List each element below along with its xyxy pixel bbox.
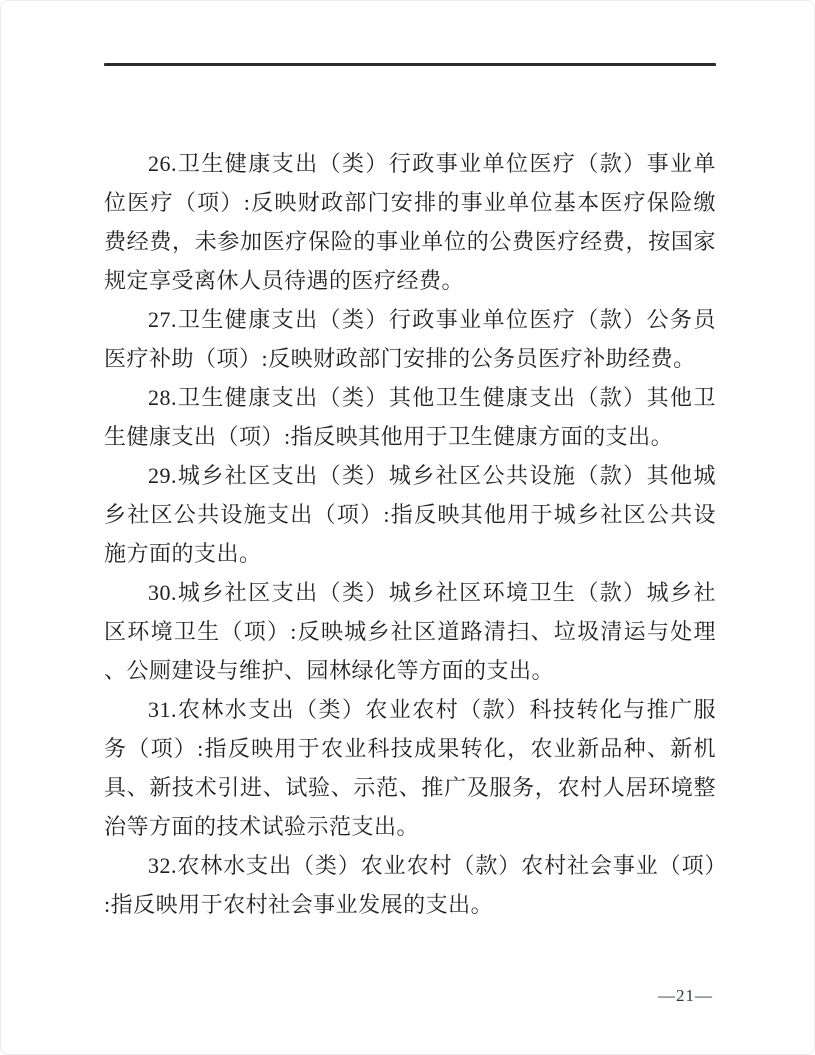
- paragraph-item-32: 32.农林水支出（类）农业农村（款）农村社会事业（项）:指反映用于农村社会事业发…: [104, 846, 716, 924]
- paragraph-item-30: 30.城乡社区支出（类）城乡社区环境卫生（款）城乡社区环境卫生（项）:反映城乡社…: [104, 573, 716, 690]
- document-body: 26.卫生健康支出（类）行政事业单位医疗（款）事业单位医疗（项）:反映财政部门安…: [104, 144, 716, 924]
- header-rule: [104, 63, 716, 66]
- paragraph-item-29: 29.城乡社区支出（类）城乡社区公共设施（款）其他城乡社区公共设施支出（项）:指…: [104, 456, 716, 573]
- page-number: —21—: [101, 986, 713, 1006]
- document-page: 26.卫生健康支出（类）行政事业单位医疗（款）事业单位医疗（项）:反映财政部门安…: [0, 0, 815, 1055]
- paragraph-item-31: 31.农林水支出（类）农业农村（款）科技转化与推广服务（项）:指反映用于农业科技…: [104, 690, 716, 846]
- paragraph-item-28: 28.卫生健康支出（类）其他卫生健康支出（款）其他卫生健康支出（项）:指反映其他…: [104, 378, 716, 456]
- paragraph-item-26: 26.卫生健康支出（类）行政事业单位医疗（款）事业单位医疗（项）:反映财政部门安…: [104, 144, 716, 300]
- paragraph-item-27: 27.卫生健康支出（类）行政事业单位医疗（款）公务员医疗补助（项）:反映财政部门…: [104, 300, 716, 378]
